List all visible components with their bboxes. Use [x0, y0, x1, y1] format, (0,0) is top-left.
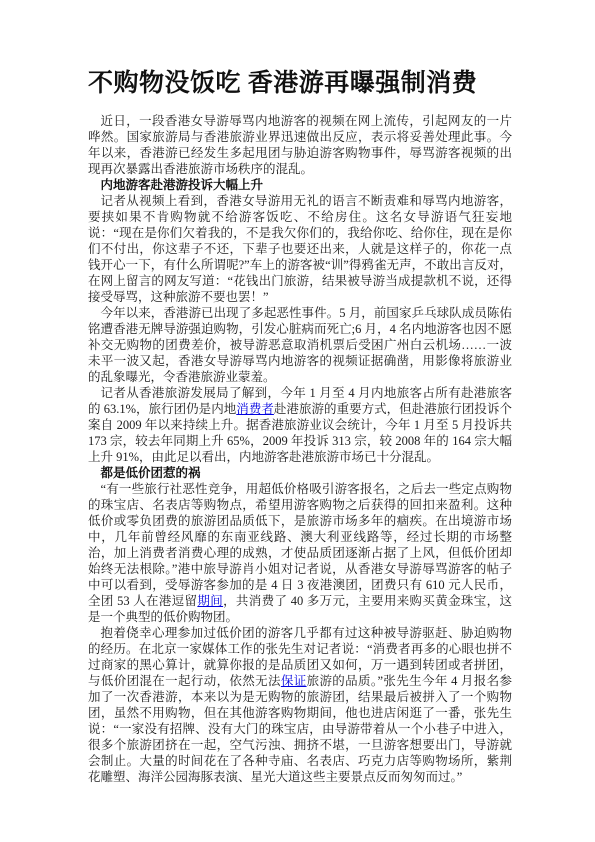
article-title: 不购物没饭吃 香港游再曝强制消费	[88, 68, 512, 100]
text-run: 内地游客赴港游投诉大幅上升	[101, 178, 264, 192]
section-heading: 都是低价团惹的祸	[88, 465, 512, 481]
article-body: 近日，一段香港女导游辱骂内地游客的视频在网上流传，引起网友的一片哗然。国家旅游局…	[88, 113, 512, 785]
body-paragraph: 今年以来，香港游已出现了多起恶性事件。5 月，前国家乒乓球队成员陈佑铭遭香港无牌…	[88, 305, 512, 385]
text-run: 旅游的品质。”张先生今年 4 月报名参加了一次香港游，本来以为是无购物的旅游团，…	[88, 674, 512, 784]
text-run: “有一些旅行社恶性竞争，用超低价格吸引游客报名，之后去一些定点购物的珠宝店、名表…	[88, 482, 512, 608]
inline-link[interactable]: 保证	[281, 674, 307, 688]
inline-link[interactable]: 期间	[197, 594, 223, 608]
text-run: 近日，一段香港女导游辱骂内地游客的视频在网上流传，引起网友的一片哗然。国家旅游局…	[88, 114, 512, 176]
body-paragraph: 近日，一段香港女导游辱骂内地游客的视频在网上流传，引起网友的一片哗然。国家旅游局…	[88, 113, 512, 177]
document-page: 不购物没饭吃 香港游再曝强制消费 近日，一段香港女导游辱骂内地游客的视频在网上流…	[0, 0, 595, 842]
inline-link[interactable]: 消费者	[236, 402, 274, 416]
body-paragraph: 记者从香港旅游发展局了解到，今年 1 月至 4 月内地旅客占所有赴港旅客的 63…	[88, 385, 512, 465]
section-heading: 内地游客赴港游投诉大幅上升	[88, 177, 512, 193]
text-run: 都是低价团惹的祸	[101, 466, 201, 480]
text-run: 记者从视频上看到，香港女导游用无礼的语言不断责难和辱骂内地游客，要挟如果不肯购物…	[88, 194, 512, 304]
body-paragraph: 记者从视频上看到，香港女导游用无礼的语言不断责难和辱骂内地游客，要挟如果不肯购物…	[88, 193, 512, 305]
body-paragraph: 抱着侥幸心理参加过低价团的游客几乎都有过这种被导游驱赶、胁迫购物的经历。在北京一…	[88, 625, 512, 785]
body-paragraph: “有一些旅行社恶性竞争，用超低价格吸引游客报名，之后去一些定点购物的珠宝店、名表…	[88, 481, 512, 625]
text-run: 今年以来，香港游已出现了多起恶性事件。5 月，前国家乒乓球队成员陈佑铭遭香港无牌…	[88, 306, 512, 384]
